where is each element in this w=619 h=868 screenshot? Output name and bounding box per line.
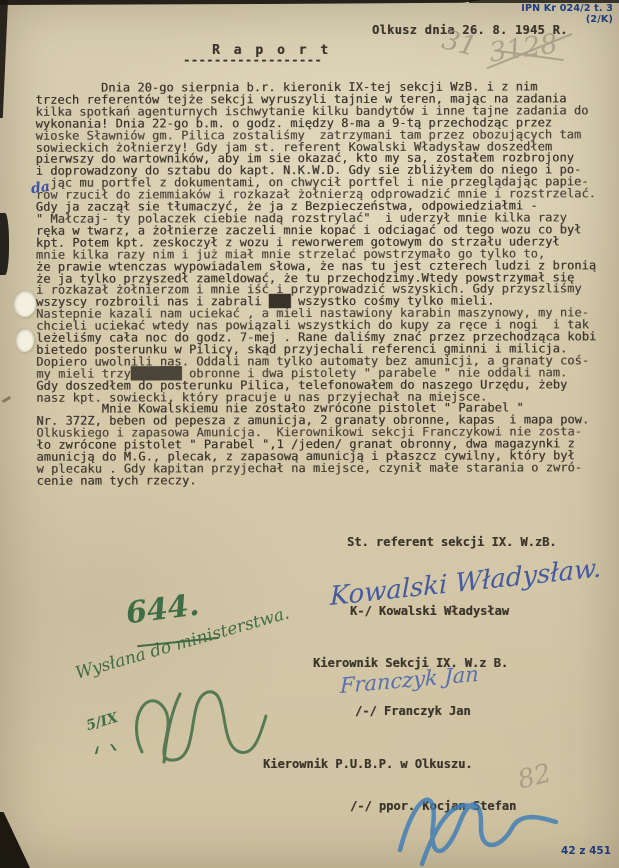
punch-hole [15,328,34,352]
scan-corner-bottom-left [0,812,30,868]
title-underline: ------------------ [183,53,322,67]
ipn-stamp-reference: IPN Kr 024/2 t. 3 [521,3,613,14]
scan-edge-left [0,0,8,118]
green-caret-mark [95,744,117,754]
typed-line: Olkuskiego i zapasowa Amunicja. Kierowni… [36,427,616,440]
typed-line: " Małczaj- ty polaczek ciebie nadą rozst… [36,212,616,225]
scanned-report-page: IPN Kr 024/2 t. 3 (2/K) Olkusz dnia 26. … [0,0,619,868]
typed-line: rów rzucił do ziemmiaków i rozkazał żołn… [36,188,616,201]
scan-edge-top [0,0,482,5]
pencil-smudge [2,396,11,403]
ipn-archive-stamp: IPN Kr 024/2 t. 3 (2/K) [521,3,613,25]
typed-line: kilka spotkań agenturnych ischwytanie ki… [36,105,616,118]
typed-line: cenie nam tych rzeczy. [36,474,616,487]
typed-line: i rozkazał żołnierzom i mnie iść i przyp… [36,284,616,297]
page-counter: 42 z 451 [561,845,611,857]
typed-line: nasz kpt. sowiecki, który pracuje u nas … [36,391,616,404]
signature-scrawl-kocjan [386,778,574,868]
green-date-note: 5/IX [84,710,119,734]
signature-typed-1: K-/ Kowalski Władysław [350,604,509,618]
typed-line: my mieli trzy███████ obronne i dwa pisto… [36,367,616,380]
signature-role-3: Kierownik P.U.B.P. w Olkuszu. [263,757,473,771]
signature-role-1: St. referent sekcji IX. W.zB. [347,535,557,549]
punch-hole [13,290,36,317]
report-body: Dnia 20-go sierpnia b.r. kieronik IX-tej… [35,81,616,487]
signature-scrawl-green [120,680,270,764]
typed-line: chcieli uciekać wtedy nas powiązali wszy… [36,319,616,332]
green-number: 644. [124,588,201,632]
typed-line: mnie kilka razy nim i już miał mnie strz… [36,248,616,261]
typed-line: w plecaku . Gdy kapitan przyjechał na mi… [36,462,616,475]
signature-typed-2: /-/ Franczyk Jan [355,704,471,718]
scan-blob-left [0,213,9,275]
typed-line: sowieckich żołnierzy! Gdy jam st. refere… [36,141,616,154]
margin-note-blue: da [30,179,51,197]
